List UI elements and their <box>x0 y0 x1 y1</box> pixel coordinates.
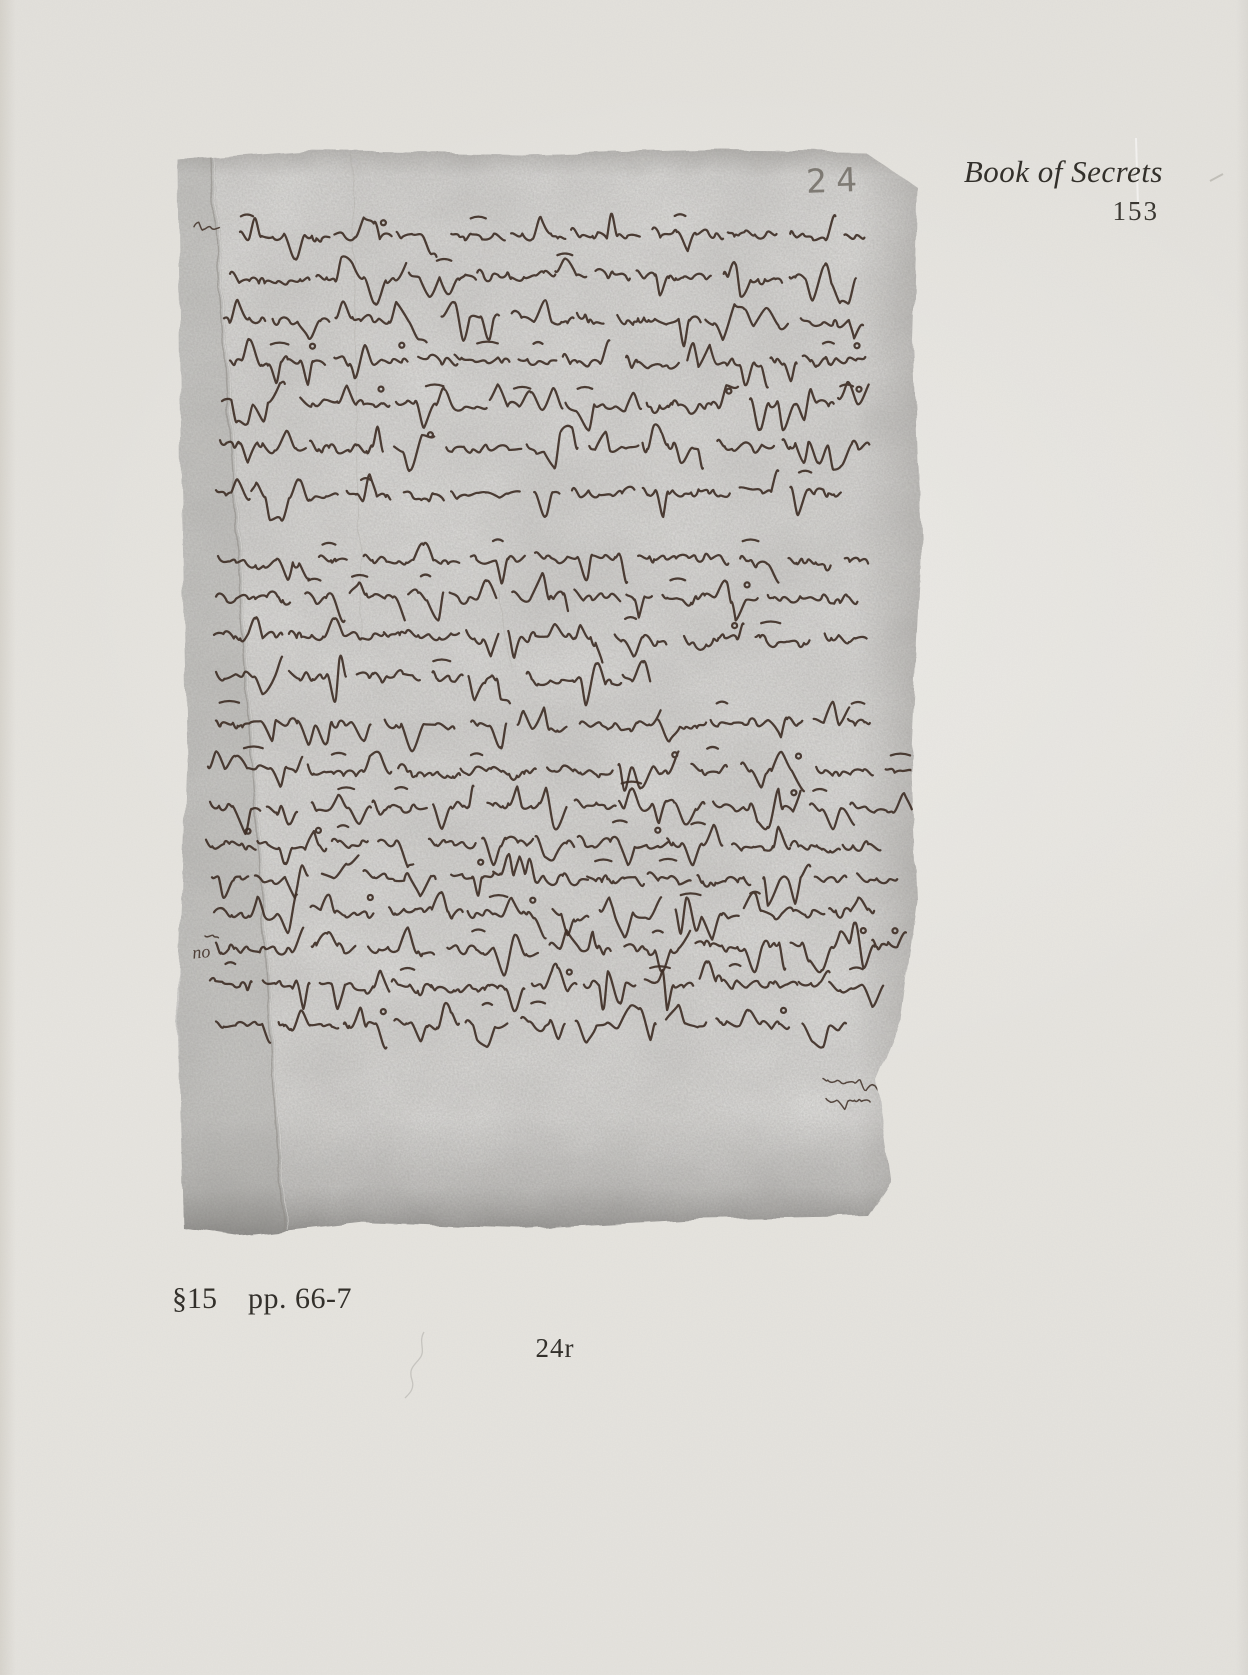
page-number: 153 <box>1113 196 1160 227</box>
running-header-title: Book of Secrets <box>964 154 1163 190</box>
book-page: Book of Secrets <box>0 0 1248 1675</box>
plate-caption: §15 pp. 66-7 <box>172 1282 352 1316</box>
pencil-foliation-number: 24 <box>805 160 866 201</box>
manuscript-plate-photo: Book of Secrets <box>0 0 1248 1675</box>
marginal-note: no <box>191 941 211 963</box>
folio-label: 24r <box>536 1333 575 1364</box>
caption-pages-reference: pp. 66-7 <box>248 1282 352 1316</box>
caption-section-mark: §15 <box>172 1282 217 1316</box>
